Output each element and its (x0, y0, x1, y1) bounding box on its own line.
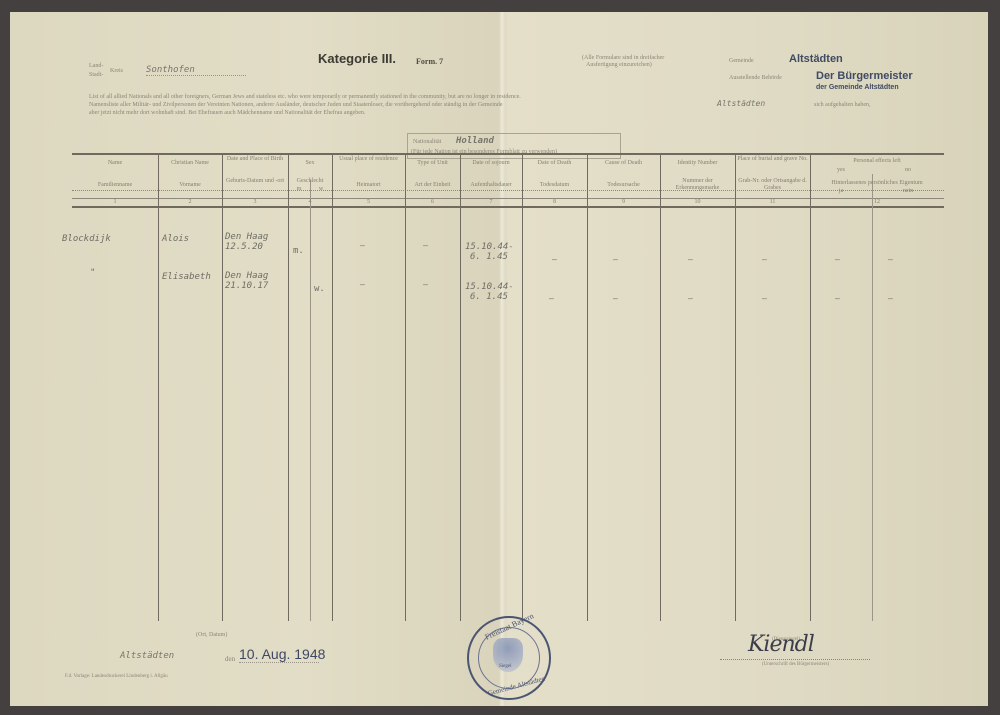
col-6-de: Art der Einheit (405, 182, 460, 189)
sex-w: w. (314, 284, 325, 294)
form-number: Form. 7 (416, 57, 443, 66)
col-12-de: Hinterlassenes persönliches Eigentum (810, 180, 944, 187)
col-10-en: Identity Number (660, 160, 735, 167)
col-divider (660, 153, 661, 621)
effects-no: — (888, 255, 893, 264)
birth-date: 21.10.17 (225, 281, 268, 291)
birth-date: 12.5.20 (225, 242, 263, 252)
signature: Kiendl (748, 632, 814, 657)
intro-line-2-end: sich aufgehalten haben, (814, 102, 870, 108)
col-5-num: 5 (332, 199, 405, 205)
instruction-note-2: Ausfertigung einzureichen) (586, 62, 652, 68)
col-5-en: Usual place of residence (332, 156, 405, 163)
col-1-de: Familienname (72, 182, 158, 189)
kreis-value: Sonthofen (146, 65, 246, 76)
death-date: — (552, 255, 557, 264)
col-3-num: 3 (222, 199, 288, 205)
col-divider (158, 153, 159, 621)
document-page: Land- Stadt- Kreis Sonthofen Kategorie I… (10, 12, 988, 706)
col-4-sub-w: w (310, 186, 332, 193)
sojourn-start: 15.10.44- (465, 242, 514, 252)
col-divider (587, 153, 588, 621)
col-7-de: Aufenthaltsdauer (460, 182, 522, 189)
sojourn-end: 6. 1.45 (470, 252, 508, 262)
given-name: Elisabeth (162, 272, 211, 282)
effects-no: — (888, 294, 893, 303)
col-11-en: Place of burial and grave No. (735, 156, 810, 163)
col-12-de-nein: nein (872, 188, 944, 195)
col-7-en: Date of sojourn (460, 160, 522, 167)
col-9-de: Todesursache (587, 182, 660, 189)
birth-place: Den Haag (225, 232, 268, 242)
sojourn-end: 6. 1.45 (470, 292, 508, 302)
death-cause: — (613, 255, 618, 264)
col-divider (735, 153, 736, 621)
col-12-en-yes: yes (810, 167, 872, 174)
sojourn-start: 15.10.44- (465, 282, 514, 292)
den-label: den (225, 655, 235, 663)
surname: Blockdijk (62, 234, 111, 244)
signature-label-bottom: (Unterschrift des Bürgermeisters) (762, 662, 829, 667)
col-divider (810, 153, 811, 621)
col-3-en: Date and Place of Birth (222, 156, 288, 163)
effects-yes: — (835, 294, 840, 303)
burial-place: — (762, 255, 767, 264)
unit: — (423, 280, 428, 289)
death-cause: — (613, 294, 618, 303)
death-date: — (549, 294, 554, 303)
table-top-border (72, 153, 944, 155)
sex-m: m. (293, 246, 304, 256)
residence: — (360, 241, 365, 250)
col-5-de: Heimatort (332, 182, 405, 189)
col-4-en: Sex (288, 160, 332, 167)
col-9-en: Cause of Death (587, 160, 660, 167)
footer-place: Altstädten (120, 651, 174, 661)
identity-number: — (688, 255, 693, 264)
intro-gemeinde-value: Altstädten (717, 99, 765, 108)
col-1-num: 1 (72, 199, 158, 205)
col-12-de-ja: ja (810, 188, 872, 195)
col-12-num: 12 (810, 199, 944, 205)
birth-place: Den Haag (225, 271, 268, 281)
col-divider (460, 153, 461, 621)
burial-place: — (762, 294, 767, 303)
col-11-de: Grab-Nr. oder Ortsangabe d. Grabes (735, 178, 810, 192)
place-date-label: (Ort, Datum) (196, 632, 227, 638)
gemeinde-label: Gemeinde (729, 58, 754, 64)
col-4-de: Geschlecht (288, 178, 332, 185)
col-7-num: 7 (460, 199, 522, 205)
intro-line-1: List of all allied Nationals and all oth… (89, 94, 521, 100)
col-1-en: Name (72, 160, 158, 167)
col-6-num: 6 (405, 199, 460, 205)
col-divider (522, 153, 523, 621)
official-seal: Freistaat Bayern Siegel Gemeinde Altstäd… (467, 616, 551, 700)
col-4-num: 4 (288, 199, 332, 205)
land-label: Land- (89, 63, 103, 69)
col-8-en: Date of Death (522, 160, 587, 167)
col-subdivider-sex (310, 180, 311, 621)
col-3-de: Geburts-Datum und -ort (222, 178, 288, 185)
col-9-num: 9 (587, 199, 660, 205)
intro-line-2: Namensliste aller Militär- und Zivilpers… (89, 102, 503, 108)
col-4-sub-m: m (288, 186, 310, 193)
given-name: Alois (162, 234, 189, 244)
nationality-box: Nationalität Holland (Für jede Nation is… (407, 133, 621, 159)
form-title: Kategorie III. (318, 51, 396, 66)
effects-yes: — (835, 255, 840, 264)
col-6-en: Type of Unit (405, 160, 460, 167)
instruction-note-1: (Alle Formulare sind in dreifacher (582, 55, 664, 61)
identity-number: — (688, 294, 693, 303)
col-10-de: Nummer der Erkennungsmarke (660, 178, 735, 192)
col-12-en: Personal effects left (810, 158, 944, 165)
col-2-en: Christian Name (158, 160, 222, 167)
behoerde-label: Ausstellende Behörde (729, 75, 782, 81)
col-divider (332, 153, 333, 621)
col-subdivider-effects (872, 174, 873, 621)
behoerde-stamp-line2: der Gemeinde Altstädten (816, 84, 899, 91)
col-12-en-no: no (872, 167, 944, 174)
signature-line (720, 659, 870, 660)
printer-note: F.d. Vorlage: Landesdruckerei Lindenberg… (65, 674, 168, 679)
col-2-num: 2 (158, 199, 222, 205)
col-divider (288, 153, 289, 621)
unit: — (423, 241, 428, 250)
nationality-label: Nationalität (413, 139, 441, 145)
col-11-num: 11 (735, 199, 810, 205)
behoerde-stamp-line1: Der Bürgermeister (816, 70, 913, 82)
date-stamp: 10. Aug. 1948 (239, 646, 319, 663)
col-8-de: Todesdatum (522, 182, 587, 189)
nationality-value: Holland (456, 136, 494, 146)
surname-ditto: " (90, 268, 95, 278)
intro-line-3: aber jetzt nicht mehr dort wohnhaft sind… (89, 110, 365, 116)
col-divider (222, 153, 223, 621)
col-divider (405, 153, 406, 621)
col-10-num: 10 (660, 199, 735, 205)
residence: — (360, 280, 365, 289)
seal-center-text: Siegel (499, 664, 512, 669)
paper-fold (499, 12, 505, 706)
col-2-de: Vorname (158, 182, 222, 189)
gemeinde-stamp: Altstädten (789, 53, 843, 65)
col-8-num: 8 (522, 199, 587, 205)
kreis-label: Kreis (110, 68, 123, 74)
table-body-top (72, 206, 944, 208)
stadt-label: Stadt- (89, 72, 103, 78)
